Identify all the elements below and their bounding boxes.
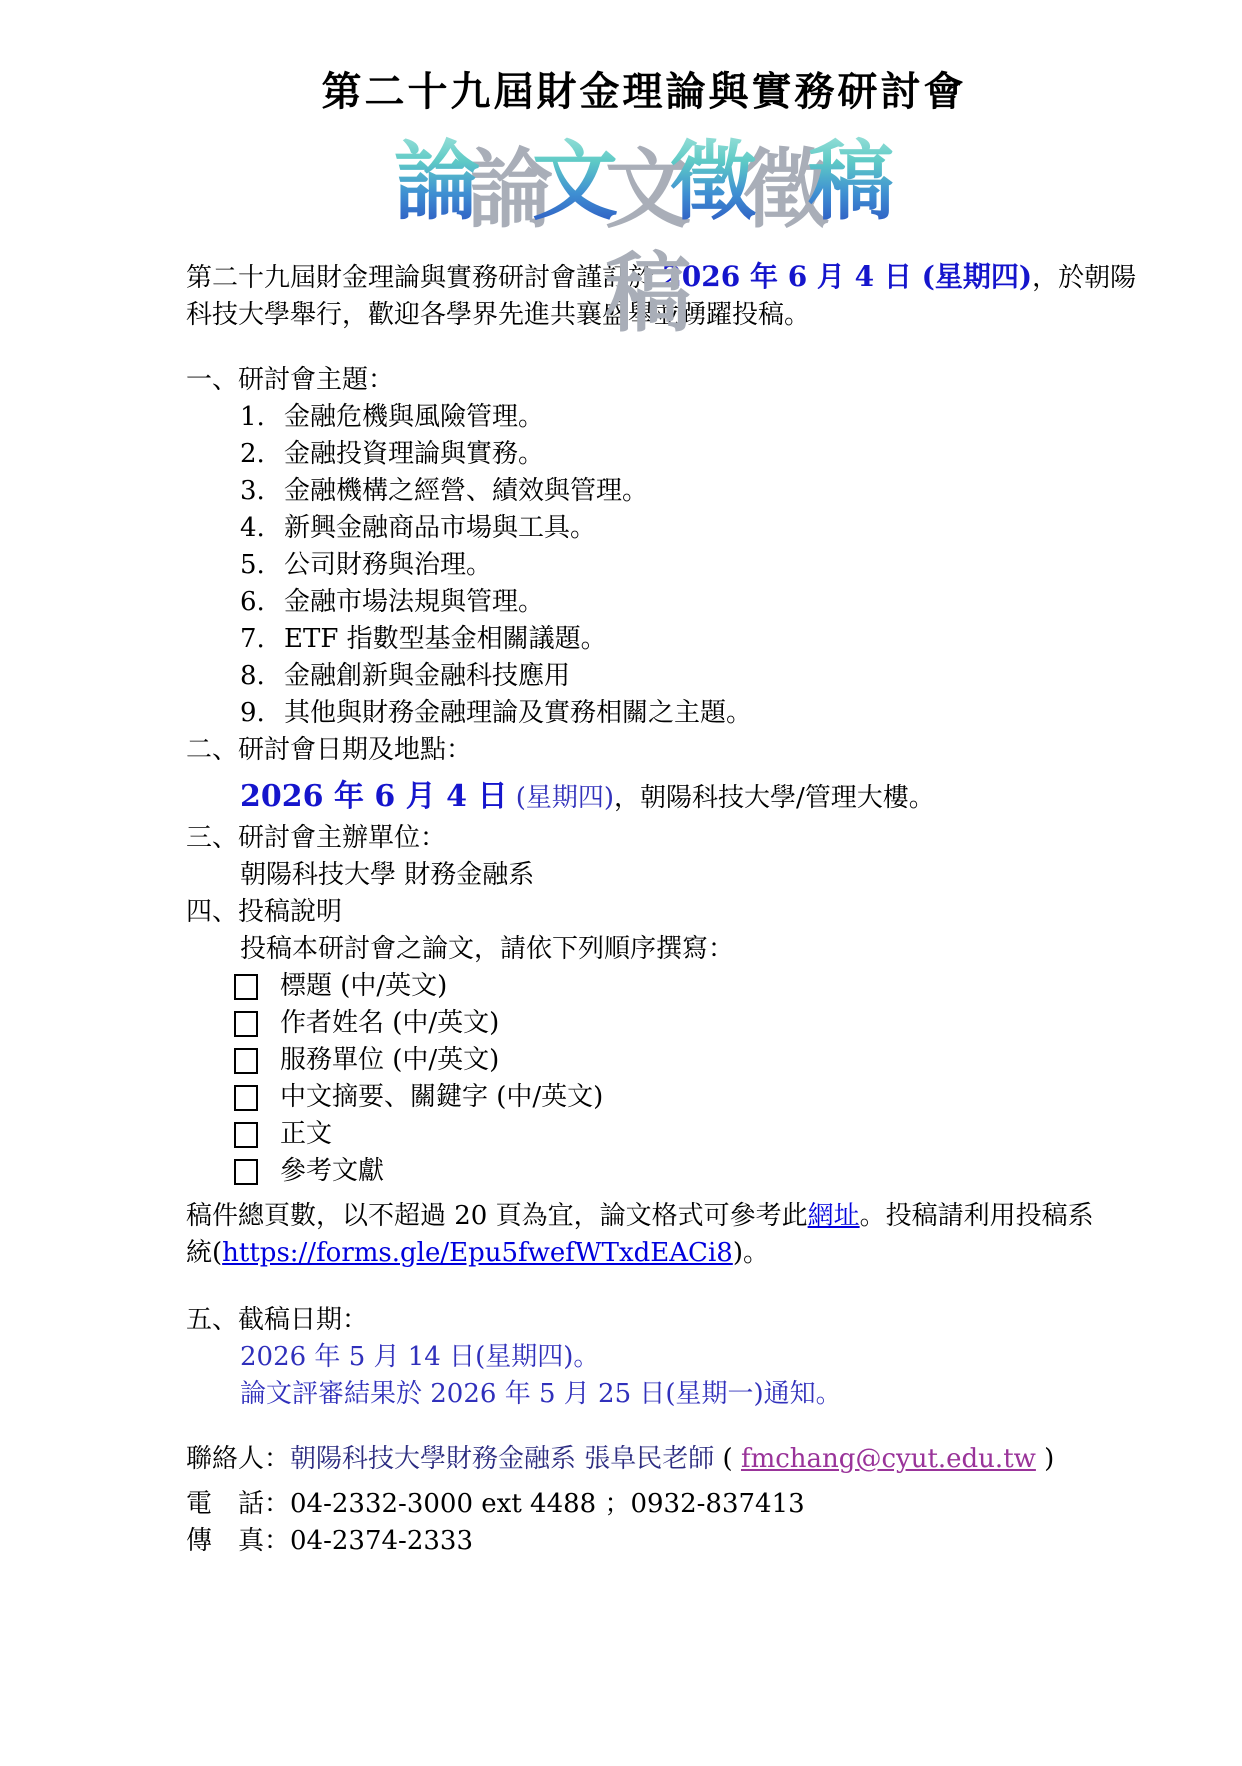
checkbox-item-abstract: 中文摘要、關鍵字 (中/英文) <box>186 1079 1102 1116</box>
checkbox-item-affiliation: 服務單位 (中/英文) <box>186 1042 1102 1079</box>
topic-number: 5. <box>240 547 284 584</box>
intro-line1-post: ，於朝陽 <box>1032 263 1136 293</box>
conference-date: 2026 年 6 月 4 日 <box>240 779 507 814</box>
topic-text: 公司財務與治理。 <box>284 547 492 584</box>
email-link[interactable]: fmchang@cyut.edu.tw <box>741 1444 1036 1474</box>
topic-number: 2. <box>240 436 284 473</box>
topic-number: 9. <box>240 695 284 732</box>
doc-title: 第二十九屆財金理論與實務研討會 <box>186 66 1102 118</box>
page-limit-note-line2: 統(https://forms.gle/Epu5fwefWTxdEACi8)。 <box>186 1235 1102 1272</box>
checkbox-icon <box>234 1122 258 1148</box>
topic-item-8: 8. 金融創新與金融科技應用 <box>186 658 1102 695</box>
note-line2-post: )。 <box>733 1238 769 1268</box>
topic-number: 7. <box>240 621 284 658</box>
checkbox-item-body: 正文 <box>186 1116 1102 1153</box>
review-result-date: 論文評審結果於 2026 年 5 月 25 日(星期一)通知。 <box>186 1376 1102 1413</box>
format-link[interactable]: 網址 <box>808 1201 860 1231</box>
topic-text: 金融投資理論與實務。 <box>284 436 544 473</box>
conference-venue: ，朝陽科技大學/管理大樓。 <box>614 783 935 813</box>
topic-text: ETF 指數型基金相關議題。 <box>284 621 607 658</box>
conference-date-line: 2026 年 6 月 4 日 (星期四)，朝陽科技大學/管理大樓。 <box>186 775 1102 820</box>
checkbox-label: 參考文獻 <box>280 1153 384 1190</box>
topic-item-7: 7. ETF 指數型基金相關議題。 <box>186 621 1102 658</box>
organizer-name: 朝陽科技大學 財務金融系 <box>186 857 1102 894</box>
contact-paren-close: ) <box>1036 1444 1054 1474</box>
wordart-gradient-text: 論文徵稿 <box>394 131 946 232</box>
topic-item-3: 3. 金融機構之經營、績效與管理。 <box>186 473 1102 510</box>
section-3-heading: 三、研討會主辦單位： <box>186 820 1102 857</box>
conference-weekday: (星期四) <box>507 783 614 813</box>
checkbox-label: 作者姓名 (中/英文) <box>280 1005 499 1042</box>
deadline-date: 2026 年 5 月 14 日(星期四)。 <box>186 1339 1102 1376</box>
topic-item-4: 4. 新興金融商品市場與工具。 <box>186 510 1102 547</box>
submission-intro: 投稿本研討會之論文，請依下列順序撰寫： <box>186 931 1102 968</box>
topic-text: 金融市場法規與管理。 <box>284 584 544 621</box>
submission-url-link[interactable]: https://forms.gle/Epu5fwefWTxdEACi8 <box>222 1238 733 1268</box>
phone-value: 04-2332-3000 ext 4488 ；0932-837413 <box>290 1489 805 1519</box>
contact-line: 聯絡人：朝陽科技大學財務金融系 張阜民老師 ( fmchang@cyut.edu… <box>186 1441 1102 1478</box>
topic-number: 8. <box>240 658 284 695</box>
topic-number: 3. <box>240 473 284 510</box>
checkbox-item-references: 參考文獻 <box>186 1153 1102 1190</box>
topic-item-1: 1. 金融危機與風險管理。 <box>186 399 1102 436</box>
topic-text: 其他與財務金融理論及實務相關之主題。 <box>284 695 752 732</box>
fax-line: 傳 真：04-2374-2333 <box>186 1523 1102 1560</box>
checkbox-icon <box>234 974 258 1000</box>
checkbox-icon <box>234 1011 258 1037</box>
section-5-heading: 五、截稿日期： <box>186 1302 1102 1339</box>
topic-number: 6. <box>240 584 284 621</box>
section-1-heading: 一、研討會主題： <box>186 362 1102 399</box>
topic-item-9: 9. 其他與財務金融理論及實務相關之主題。 <box>186 695 1102 732</box>
topic-number: 1. <box>240 399 284 436</box>
checkbox-label: 正文 <box>280 1116 332 1153</box>
note-pre: 稿件總頁數，以不超過 20 頁為宜，論文格式可參考此 <box>186 1201 808 1231</box>
phone-line: 電 話：04-2332-3000 ext 4488 ；0932-837413 <box>186 1486 1102 1523</box>
checkbox-icon <box>234 1159 258 1185</box>
fax-value: 04-2374-2333 <box>290 1526 473 1556</box>
topic-number: 4. <box>240 510 284 547</box>
phone-label: 電 話： <box>186 1489 290 1519</box>
document-page: 第二十九屆財金理論與實務研討會 論文徵稿 論文徵稿 第二十九屆財金理論與實務研討… <box>0 0 1242 1766</box>
checkbox-item-title: 標題 (中/英文) <box>186 968 1102 1005</box>
fax-label: 傳 真： <box>186 1526 290 1556</box>
topic-item-2: 2. 金融投資理論與實務。 <box>186 436 1102 473</box>
page-limit-note-line1: 稿件總頁數，以不超過 20 頁為宜，論文格式可參考此網址。投稿請利用投稿系 <box>186 1198 1102 1235</box>
checkbox-label: 中文摘要、關鍵字 (中/英文) <box>280 1079 603 1116</box>
note-mid: 。投稿請利用投稿系 <box>860 1201 1094 1231</box>
contact-label: 聯絡人： <box>186 1444 290 1474</box>
note-line2-pre: 統( <box>186 1238 222 1268</box>
wordart-banner: 論文徵稿 論文徵稿 <box>186 130 1102 234</box>
checkbox-icon <box>234 1048 258 1074</box>
topic-item-6: 6. 金融市場法規與管理。 <box>186 584 1102 621</box>
contact-name: 朝陽科技大學財務金融系 張阜民老師 <box>290 1444 714 1474</box>
checkbox-label: 標題 (中/英文) <box>280 968 447 1005</box>
topic-text: 金融創新與金融科技應用 <box>284 658 570 695</box>
topic-item-5: 5. 公司財務與治理。 <box>186 547 1102 584</box>
topic-text: 新興金融商品市場與工具。 <box>284 510 596 547</box>
checkbox-label: 服務單位 (中/英文) <box>280 1042 499 1079</box>
topic-text: 金融危機與風險管理。 <box>284 399 544 436</box>
section-2-heading: 二、研討會日期及地點： <box>186 732 1102 769</box>
topic-text: 金融機構之經營、績效與管理。 <box>284 473 648 510</box>
checkbox-item-authors: 作者姓名 (中/英文) <box>186 1005 1102 1042</box>
contact-paren-open: ( <box>714 1444 741 1474</box>
checkbox-icon <box>234 1085 258 1111</box>
section-4-heading: 四、投稿說明 <box>186 894 1102 931</box>
